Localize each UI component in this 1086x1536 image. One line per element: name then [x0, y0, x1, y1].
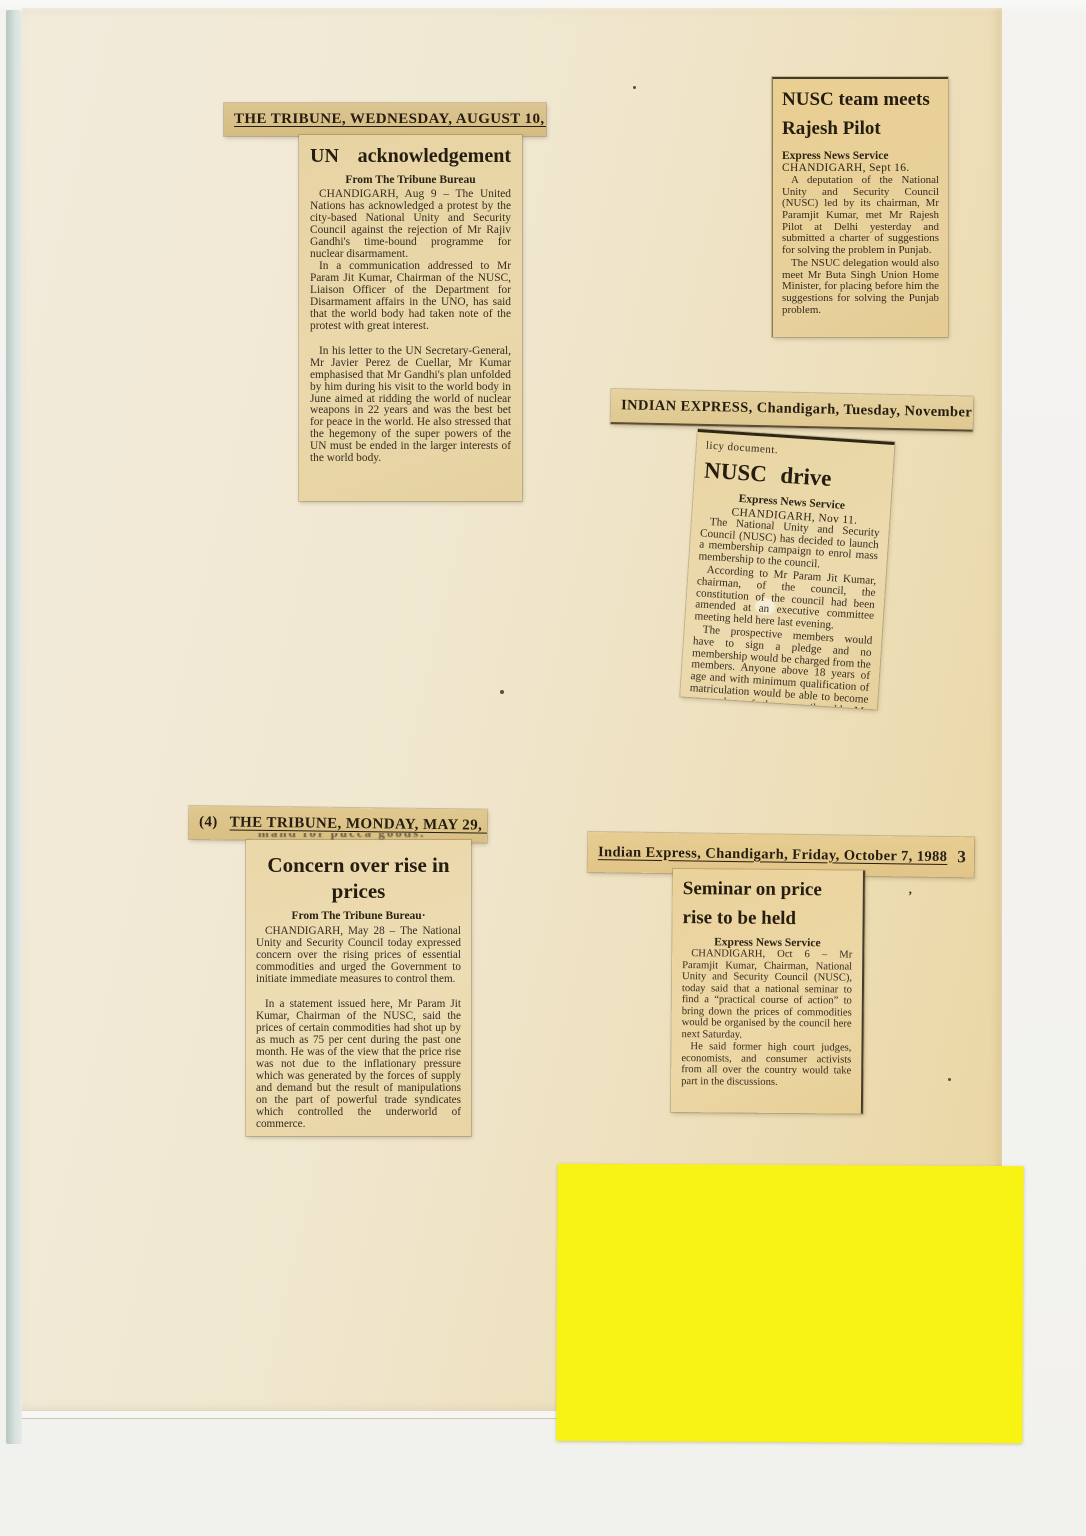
paragraph: In a statement issued here, Mr Param Jit…	[256, 998, 461, 1130]
ink-speck	[500, 690, 504, 694]
paragraph: CHANDIGARH, Aug 9 – The United Nations h…	[310, 189, 511, 260]
byline: From The Tribune Bureau·	[256, 910, 461, 922]
masthead-page-number: 3	[957, 847, 966, 867]
masthead-text: THE TRIBUNE, WEDNESDAY, AUGUST 10, 1988	[234, 111, 546, 128]
paragraph: The NSUC delegation would also meet Mr B…	[782, 258, 939, 317]
paragraph: A deputation of the National Unity and S…	[782, 175, 939, 257]
article-nusc-team-meets-rajesh-pilot: NUSC team meets Rajesh Pilot Express New…	[772, 77, 948, 337]
masthead-text: Indian Express, Chandigarh, Friday, Octo…	[598, 844, 948, 866]
paragraph: In his letter to the UN Secretary-Genera…	[310, 346, 511, 465]
headline: NUSC team meets Rajesh Pilot	[782, 85, 939, 144]
headline: UN acknowledgement	[310, 144, 511, 169]
paragraph: CHANDIGARH, May 28 – The National Unity …	[256, 925, 461, 985]
masthead-strip-tribune-aug-1988: THE TRIBUNE, WEDNESDAY, AUGUST 10, 1988 …	[224, 103, 546, 136]
article-un-acknowledgement: UN acknowledgement From The Tribune Bure…	[299, 135, 522, 501]
dateline: CHANDIGARH, Sept 16.	[782, 162, 939, 174]
ink-speck	[633, 86, 636, 89]
scanned-scrapbook-page: ’ THE TRIBUNE, WEDNESDAY, AUGUST 10, 198…	[0, 0, 1086, 1536]
yellow-cover-note	[556, 1164, 1023, 1443]
paragraph: He said former high court judges, econom…	[681, 1041, 851, 1088]
ink-speck	[948, 1078, 951, 1081]
binder-edge-strip	[6, 10, 22, 1444]
cut-text-smear: mand for pucca goods.	[258, 833, 440, 843]
article-seminar-on-price-rise: Seminar on price rise to be held Express…	[671, 869, 865, 1114]
masthead-page-number: (4)	[199, 814, 218, 831]
paragraph: In a communication addressed to Mr Param…	[310, 261, 511, 332]
byline: From The Tribune Bureau	[310, 174, 511, 186]
cutoff-text-fragment: mand for pucca goods.	[258, 833, 440, 841]
headline: Seminar on price rise to be held	[682, 875, 852, 933]
paragraph: CHANDIGARH, Oct 6 – Mr Paramjit Kumar, C…	[682, 948, 853, 1041]
masthead-text: INDIAN EXPRESS, Chandigarh, Tuesday, Nov…	[621, 397, 973, 423]
stray-mark: ’	[908, 888, 912, 904]
article-nusc-drive: licy document. NUSC drive Express News S…	[680, 429, 894, 709]
headline: Concern over rise in prices	[256, 852, 461, 905]
paragraph: The prospective members would have to si…	[688, 624, 873, 709]
news-service-credit: Express News Service	[782, 150, 939, 162]
article-concern-over-rise-in-prices: Concern over rise in prices From The Tri…	[246, 840, 471, 1136]
masthead-text: THE TRIBUNE, MONDAY, MAY 29, 1989	[230, 814, 488, 835]
headline: NUSC drive	[703, 457, 884, 498]
